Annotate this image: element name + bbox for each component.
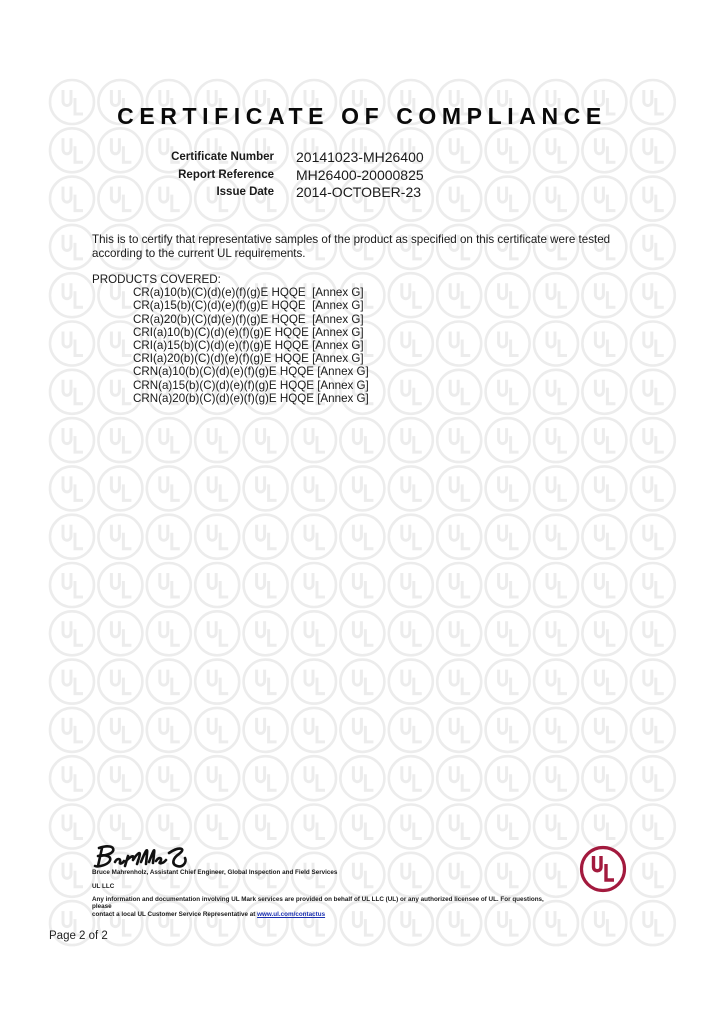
products-covered-section: PRODUCTS COVERED: CR(a)10(b)(C)(d)(e)(f)… xyxy=(92,273,369,405)
meta-row-issue-date: Issue Date 2014-OCTOBER-23 xyxy=(0,184,724,202)
contact-us-link[interactable]: www.ul.com/contactus xyxy=(257,911,325,918)
certification-statement: This is to certify that representative s… xyxy=(92,233,652,260)
issue-date-value: 2014-OCTOBER-23 xyxy=(296,184,421,200)
products-covered-heading: PRODUCTS COVERED: xyxy=(92,273,369,286)
product-item: CRI(a)20(b)(C)(d)(e)(f)(g)E HQQE [Annex … xyxy=(133,352,369,365)
certificate-number-label: Certificate Number xyxy=(171,151,274,163)
certificate-title: CERTIFICATE OF COMPLIANCE xyxy=(0,103,724,130)
disclaimer-text: Any information and documentation involv… xyxy=(92,896,562,918)
disclaimer-line-1: Any information and documentation involv… xyxy=(92,896,562,911)
product-item: CRN(a)20(b)(C)(d)(e)(f)(g)E HQQE [Annex … xyxy=(133,392,369,405)
product-item: CRI(a)15(b)(C)(d)(e)(f)(g)E HQQE [Annex … xyxy=(133,339,369,352)
disclaimer-line-2-text: contact a local UL Customer Service Repr… xyxy=(92,911,257,918)
product-item: CRN(a)15(b)(C)(d)(e)(f)(g)E HQQE [Annex … xyxy=(133,379,369,392)
signature-image xyxy=(93,842,193,870)
page-number: Page 2 of 2 xyxy=(49,930,108,942)
certificate-meta: Certificate Number 20141023-MH26400 Repo… xyxy=(0,149,724,202)
disclaimer-line-2: contact a local UL Customer Service Repr… xyxy=(92,911,562,918)
product-item: CR(a)15(b)(C)(d)(e)(f)(g)E HQQE [Annex G… xyxy=(133,299,369,312)
product-item: CRN(a)10(b)(C)(d)(e)(f)(g)E HQQE [Annex … xyxy=(133,365,369,378)
issue-date-label: Issue Date xyxy=(216,186,274,198)
report-reference-label: Report Reference xyxy=(178,169,274,181)
organization-name: UL LLC xyxy=(92,883,114,890)
product-item: CR(a)10(b)(C)(d)(e)(f)(g)E HQQE [Annex G… xyxy=(133,286,369,299)
certification-statement-line-1: This is to certify that representative s… xyxy=(92,233,652,247)
product-item: CR(a)20(b)(C)(d)(e)(f)(g)E HQQE [Annex G… xyxy=(133,313,369,326)
report-reference-value: MH26400-20000825 xyxy=(296,167,424,183)
meta-row-report-reference: Report Reference MH26400-20000825 xyxy=(0,167,724,185)
product-item: CRI(a)10(b)(C)(d)(e)(f)(g)E HQQE [Annex … xyxy=(133,326,369,339)
product-list: CR(a)10(b)(C)(d)(e)(f)(g)E HQQE [Annex G… xyxy=(92,286,369,405)
ul-logo-icon xyxy=(579,845,627,893)
signer-name-title: Bruce Mahrenholz, Assistant Chief Engine… xyxy=(92,869,337,876)
certificate-number-value: 20141023-MH26400 xyxy=(296,149,424,165)
certification-statement-line-2: according to the current UL requirements… xyxy=(92,247,652,261)
meta-row-certificate-number: Certificate Number 20141023-MH26400 xyxy=(0,149,724,167)
